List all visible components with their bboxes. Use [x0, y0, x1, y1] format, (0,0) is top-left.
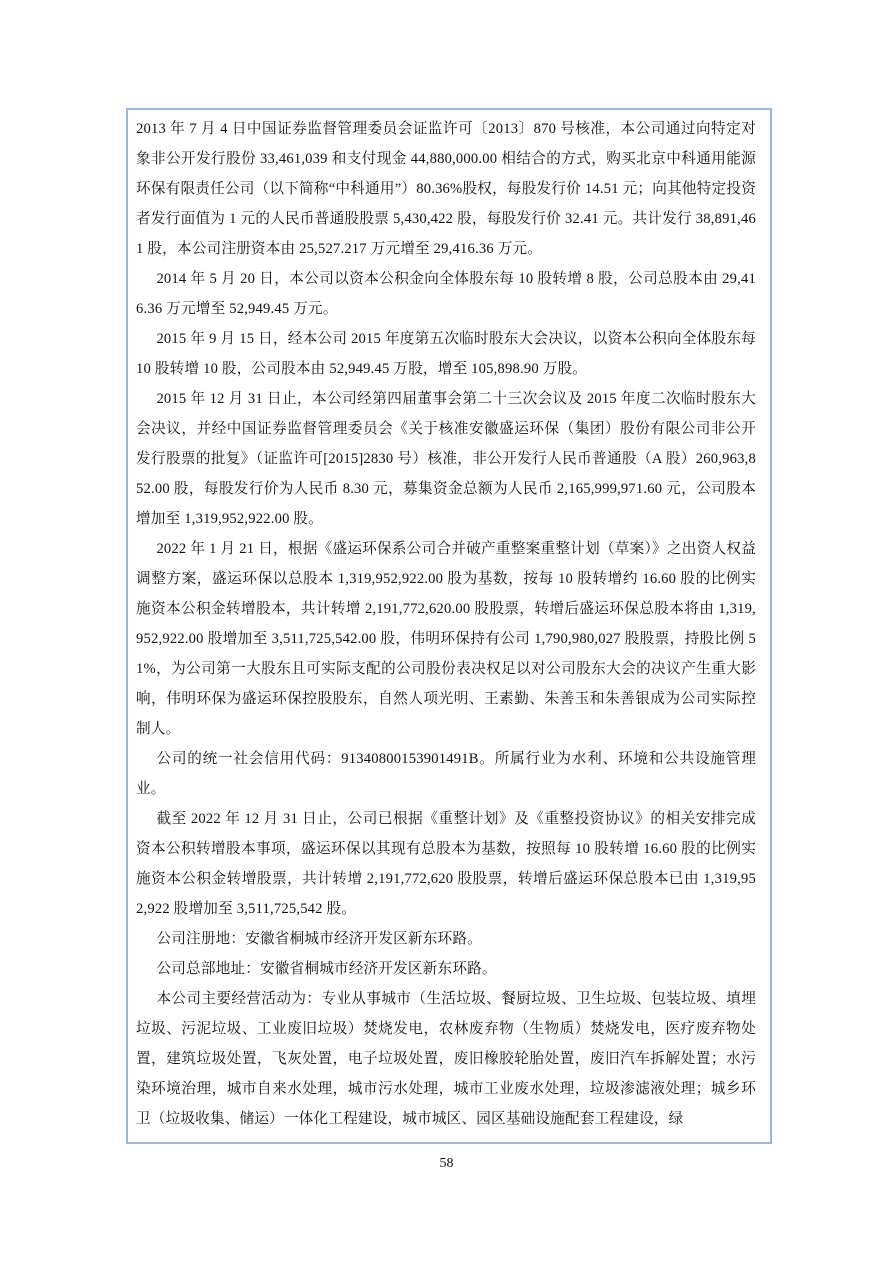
- paragraph-headquarters-address: 公司总部地址：安徽省桐城市经济开发区新东环路。: [136, 954, 756, 984]
- paragraph-main-business-activities: 本公司主要经营活动为：专业从事城市（生活垃圾、餐厨垃圾、卫生垃圾、包装垃圾、填埋…: [136, 984, 756, 1134]
- paragraph-2022-restructuring-plan: 2022 年 1 月 21 日，根据《盛运环保系公司合并破产重整案重整计划（草案…: [136, 534, 756, 744]
- document-page: 2013 年 7 月 4 日中国证券监督管理委员会证监许可〔2013〕870 号…: [0, 0, 893, 1262]
- paragraph-2022-capital-conversion-completed: 截至 2022 年 12 月 31 日止，公司已根据《重整计划》及《重整投资协议…: [136, 804, 756, 924]
- paragraph-2015-sep-capital-increase: 2015 年 9 月 15 日，经本公司 2015 年度第五次临时股东大会决议，…: [136, 324, 756, 384]
- document-text-frame: 2013 年 7 月 4 日中国证券监督管理委员会证监许可〔2013〕870 号…: [126, 108, 772, 1144]
- paragraph-2013-share-issue: 2013 年 7 月 4 日中国证券监督管理委员会证监许可〔2013〕870 号…: [136, 114, 756, 264]
- paragraph-2014-capital-increase: 2014 年 5 月 20 日，本公司以资本公积金向全体股东每 10 股转增 8…: [136, 264, 756, 324]
- paragraph-registered-address: 公司注册地：安徽省桐城市经济开发区新东环路。: [136, 924, 756, 954]
- paragraph-2015-dec-private-placement: 2015 年 12 月 31 日止，本公司经第四届董事会第二十三次会议及 201…: [136, 384, 756, 534]
- page-number: 58: [0, 1155, 893, 1173]
- paragraph-credit-code-industry: 公司的统一社会信用代码：91340800153901491B。所属行业为水利、环…: [136, 744, 756, 804]
